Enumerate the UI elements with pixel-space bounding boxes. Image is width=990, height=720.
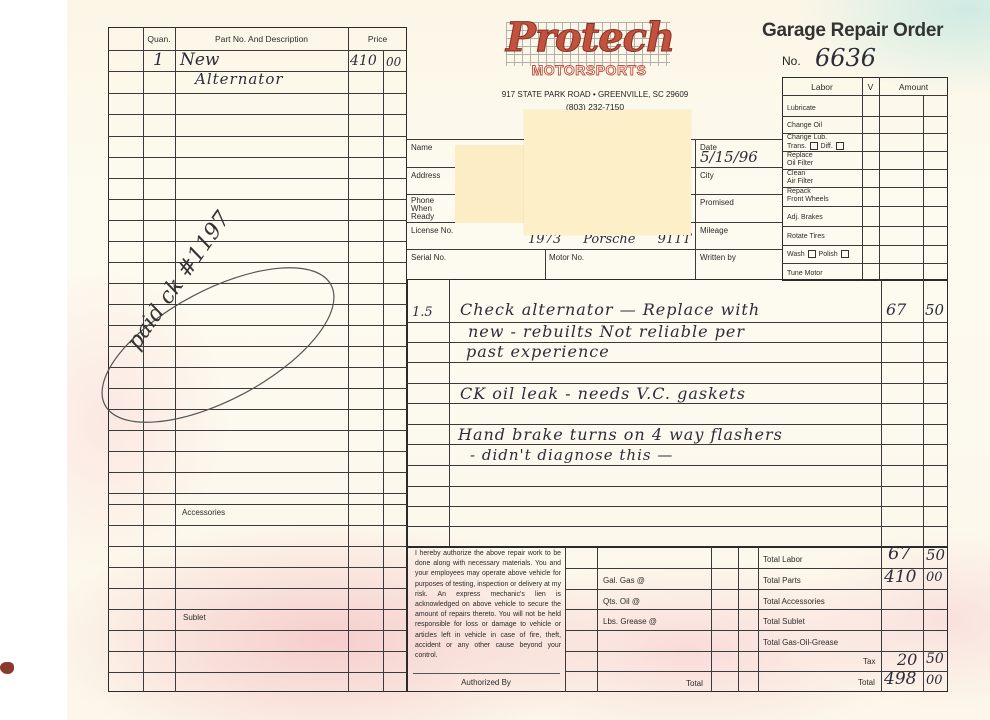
total-sublet-label: Total Sublet [763, 617, 805, 626]
stain-mark [0, 662, 14, 674]
header-labor: Labor [782, 82, 862, 92]
motor-label: Motor No. [549, 253, 584, 262]
header-price: Price [348, 34, 407, 44]
promised-label: Promised [700, 198, 734, 207]
labor-item-change-oil: Change Oil [787, 121, 822, 130]
trans-checkbox[interactable] [810, 142, 818, 150]
labor-item-clean-air-filter: CleanAir Filter [787, 170, 813, 186]
logo-script: Protech [500, 14, 680, 61]
work-line-7: Hand brake turns on 4 way flashers [458, 425, 783, 444]
work-line-3: past experience [466, 342, 610, 361]
phone-label: Phone When Ready [411, 197, 441, 221]
authorization-text: I hereby authorize the above repair work… [415, 549, 561, 661]
business-address: 917 STATE PARK ROAD • GREENVILLE, SC 296… [470, 90, 720, 99]
header-amount: Amount [879, 82, 948, 92]
tax-cents: 50 [926, 651, 944, 667]
labor-item-replace-oil-filter: ReplaceOil Filter [787, 152, 813, 168]
part-price-dollars: 410 [350, 53, 377, 69]
total-labor-cents: 50 [926, 546, 945, 564]
grand-total-cents: 00 [926, 673, 943, 688]
license-label: License No. [411, 226, 453, 235]
grand-total-dollars: 498 [884, 669, 916, 689]
header-check: V [862, 82, 879, 92]
signature-field[interactable] [413, 650, 560, 672]
header-description: Part No. And Description [175, 34, 348, 44]
sublet-label: Sublet [183, 613, 206, 622]
date-value: 5/15/96 [700, 148, 758, 166]
total-parts-dollars: 410 [884, 567, 916, 587]
labor-item-repack-wheels: RepackFront Wheels [787, 188, 829, 204]
lbs-grease-label: Lbs. Grease @ [603, 617, 657, 626]
order-number: 6636 [815, 44, 876, 72]
grand-total-label: Total [858, 678, 875, 687]
serial-label: Serial No. [411, 253, 446, 262]
tax-dollars: 20 [897, 650, 917, 669]
city-label: City [700, 171, 714, 180]
accessories-label: Accessories [182, 508, 225, 517]
mileage-label: Mileage [700, 226, 728, 235]
work-line-8: - didn't diagnose this — [470, 446, 673, 464]
work-line-1: Check alternator — Replace with [460, 300, 760, 319]
total-gas-oil-grease-label: Total Gas-Oil-Grease [763, 638, 838, 647]
work-amount-cents: 50 [925, 301, 944, 319]
labor-item-adj-brakes: Adj. Brakes [787, 213, 823, 222]
logo-subtitle: MOTORSPORTS [506, 62, 672, 78]
fluids-total-label: Total [686, 679, 703, 688]
work-line-5: CK oil leak - needs V.C. gaskets [460, 384, 746, 403]
diff-checkbox[interactable] [836, 142, 844, 150]
tax-label: Tax [863, 657, 875, 666]
total-labor-label: Total Labor [763, 555, 803, 564]
redaction-patch [524, 110, 691, 235]
labor-item-tune-motor: Tune Motor [787, 269, 823, 278]
total-labor-dollars: 67 [888, 543, 911, 564]
address-label: Address [411, 171, 440, 180]
wash-checkbox[interactable] [808, 250, 816, 258]
gal-gas-label: Gal. Gas @ [603, 576, 645, 585]
part-description-line2: Alternator [195, 70, 284, 88]
labor-item-rotate-tires: Rotate Tires [787, 232, 825, 241]
work-line-2: new - rebuilts Not reliable per [468, 322, 745, 341]
name-label: Name [411, 143, 432, 152]
part-price-cents: 00 [386, 55, 401, 69]
part-quantity: 1 [153, 50, 164, 70]
polish-checkbox[interactable] [841, 250, 849, 258]
header-quantity: Quan. [143, 34, 175, 44]
labor-item-wash-polish: Wash Polish [787, 250, 850, 259]
written-by-label: Written by [700, 253, 736, 262]
labor-item-lubricate: Lubricate [787, 104, 816, 113]
labor-item-change-lub: Change Lub. Trans. Diff. [787, 134, 845, 151]
order-number-label: No. [782, 54, 801, 68]
page-title: Garage Repair Order [762, 20, 943, 42]
authorized-by-label: Authorized By [407, 678, 565, 687]
total-parts-cents: 00 [926, 570, 943, 585]
total-accessories-label: Total Accessories [763, 597, 825, 606]
part-description-line1: New [180, 50, 220, 70]
labor-hours: 1.5 [412, 305, 433, 320]
total-parts-label: Total Parts [763, 576, 801, 585]
qts-oil-label: Qts. Oil @ [603, 597, 640, 606]
work-amount-dollars: 67 [886, 300, 906, 319]
